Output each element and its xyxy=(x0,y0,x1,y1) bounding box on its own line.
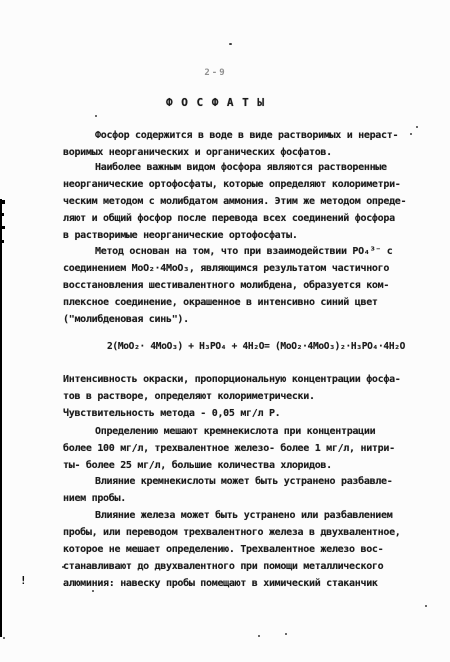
paragraph-1: Фосфор содержится в воде в виде раствори… xyxy=(63,127,413,161)
text-line: более 100 мг/л, трехвалентное железо- бо… xyxy=(63,440,413,457)
ink-mark-exclamation: ! xyxy=(20,574,27,587)
chemical-equation: 2(MoO₂· 4MoO₃) + H₃PO₄ + 4H₂O= (MoO₂·4Mo… xyxy=(63,341,450,352)
ink-speck xyxy=(92,590,94,592)
text-line: Наиболее важным видом фосфора являются р… xyxy=(63,159,413,176)
ink-speck xyxy=(410,133,412,135)
scan-edge-dash xyxy=(0,213,4,216)
text-line: пробы, или переводом трехвалентного желе… xyxy=(63,524,413,541)
scan-edge-dash xyxy=(0,226,5,229)
paragraph-3: Метод основан на том, что при взаимодейс… xyxy=(63,243,413,328)
text-line: соединением MoO₂·4MoO₃, являющимся резул… xyxy=(63,260,413,277)
text-line: плексное соединение, окрашенное в интенс… xyxy=(63,294,413,311)
text-line: ческим методом с молибдатом аммония. Эти… xyxy=(63,193,413,210)
section-title: Ф О С Ф А Т Ы xyxy=(63,96,368,109)
text-line: нием пробы. xyxy=(63,490,413,507)
ink-speck xyxy=(62,566,64,568)
text-line: Влияние кремнекислоты может быть устране… xyxy=(63,473,413,490)
paragraph-5: Определению мешают кремнекислота при кон… xyxy=(63,423,413,474)
text-line: ляют и общий фосфор после перевода всех … xyxy=(63,210,413,227)
scan-edge-dash xyxy=(0,240,4,243)
text-line: ты- более 25 мг/л, большие количества хл… xyxy=(63,457,413,474)
ink-speck xyxy=(285,633,287,635)
ink-speck xyxy=(425,605,427,607)
text-line: тов в растворе, определяют колориметриче… xyxy=(63,388,413,405)
text-line: Определению мешают кремнекислота при кон… xyxy=(63,423,413,440)
text-line: ("молибденовая синь"). xyxy=(63,311,413,328)
text-line: неорганические ортофосфаты, которые опре… xyxy=(63,176,413,193)
ink-speck xyxy=(3,637,5,639)
text-line: Чувствительность метода - 0,05 мг/л Р. xyxy=(63,405,413,422)
text-line: станавливают до двухвалентного при помощ… xyxy=(63,558,413,575)
text-line: алюминия: навеску пробы помещают в химич… xyxy=(63,575,413,592)
scanned-document-page: 2-9 Ф О С Ф А Т Ы Фосфор содержится в во… xyxy=(0,0,450,662)
paragraph-4: Интенсивность окраски, пропорциональную … xyxy=(63,371,413,422)
text-line: в растворимые неорганические ортофосфаты… xyxy=(63,227,413,244)
text-line: восстановления шестивалентного молибдена… xyxy=(63,277,413,294)
page-number: 2-9 xyxy=(63,68,368,78)
paragraph-7: Влияние железа может быть устранено или … xyxy=(63,507,413,592)
ink-speck xyxy=(258,635,260,637)
text-line: Фосфор содержится в воде в виде раствори… xyxy=(63,127,413,144)
text-line: Метод основан на том, что при взаимодейс… xyxy=(63,243,413,260)
paragraph-6: Влияние кремнекислоты может быть устране… xyxy=(63,473,413,507)
ink-speck xyxy=(416,126,418,128)
text-line: Интенсивность окраски, пропорциональную … xyxy=(63,371,413,388)
ink-speck xyxy=(94,153,96,155)
text-line: Влияние железа может быть устранено или … xyxy=(63,507,413,524)
ink-speck xyxy=(95,115,97,117)
ink-speck xyxy=(229,43,232,45)
scan-edge-dash xyxy=(0,200,5,204)
text-line: которое не мешает определению. Трехвален… xyxy=(63,541,413,558)
scan-edge-line xyxy=(0,199,2,637)
paragraph-2: Наиболее важным видом фосфора являются р… xyxy=(63,159,413,244)
